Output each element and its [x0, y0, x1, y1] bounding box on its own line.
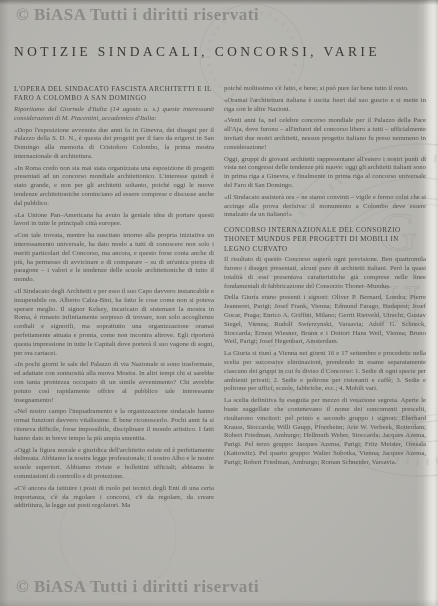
left-paragraph: «Nel nostro campo l'inquadramento e la o… — [14, 408, 214, 443]
left-paragraph: «C'è ancora da istituire i posti di ruol… — [14, 485, 214, 511]
left-paragraph: «Dopo l'esposizione avvenuta due anni fa… — [14, 127, 214, 162]
right-paragraph: Oggi, gruppi di giovani architetti rappr… — [224, 156, 426, 191]
left-paragraph: «Con tale trovata, mentre ha suscitato i… — [14, 232, 214, 285]
left-paragraph: «In Roma credo non sia mai stata organiz… — [14, 165, 214, 209]
article-heading-sindacato-faro: L'OPERA DEL SINDACATO FASCISTA ARCHITETT… — [14, 85, 214, 103]
right-paragraph: «Venti anni fa, nel celebre concorso mon… — [224, 117, 426, 152]
right-paragraph: La scelta definitiva fu eseguita per mez… — [224, 397, 426, 467]
scanned-journal-page: G H S © BiASA Tutti i diritti riservati … — [0, 0, 438, 606]
right-paragraph: «Il Sindacato assisterà ora – ne siamo c… — [224, 194, 426, 220]
left-paragraph: «Oggi la figura morale e giuridica dell'… — [14, 447, 214, 482]
left-column: L'OPERA DEL SINDACATO FASCISTA ARCHITETT… — [14, 85, 214, 514]
right-paragraph: Il risultato di questo Concorso superò o… — [224, 256, 426, 291]
left-paragraph: «La Unione Pan–Americana ha avuto la gen… — [14, 212, 214, 230]
left-paragraph: «In pochi giorni le sale del Palazzo di … — [14, 361, 214, 405]
right-paragraph: poiché moltissimo s'è fatto, e bene; si … — [224, 85, 426, 94]
left-paragraph: «Il Sindacato degli Architetti e per ess… — [14, 288, 214, 358]
article-lead-italic: Riportiamo dal Giornale d'Italia (14 ago… — [14, 106, 214, 124]
article-heading-concorso-thonet: CONCORSO INTERNAZIONALE DEL CONSORZIO TH… — [224, 226, 426, 254]
right-paragraph: Della Giuria erano presenti i signori: O… — [224, 294, 426, 347]
right-paragraph: «Oramai l'architettura italiana è uscita… — [224, 97, 426, 115]
copyright-watermark-top: © BiASA Tutti i diritti riservati — [16, 5, 259, 25]
page-title: NOTIZIE SINDACALI, CONCORSI, VARIE — [14, 44, 380, 60]
copyright-watermark-bottom: © BiASA Tutti i diritti riservati — [16, 577, 259, 597]
right-column: poiché moltissimo s'è fatto, e bene; si … — [224, 85, 426, 471]
right-paragraph: La Giuria si riunì a Vienna nei giorni 1… — [224, 350, 426, 394]
